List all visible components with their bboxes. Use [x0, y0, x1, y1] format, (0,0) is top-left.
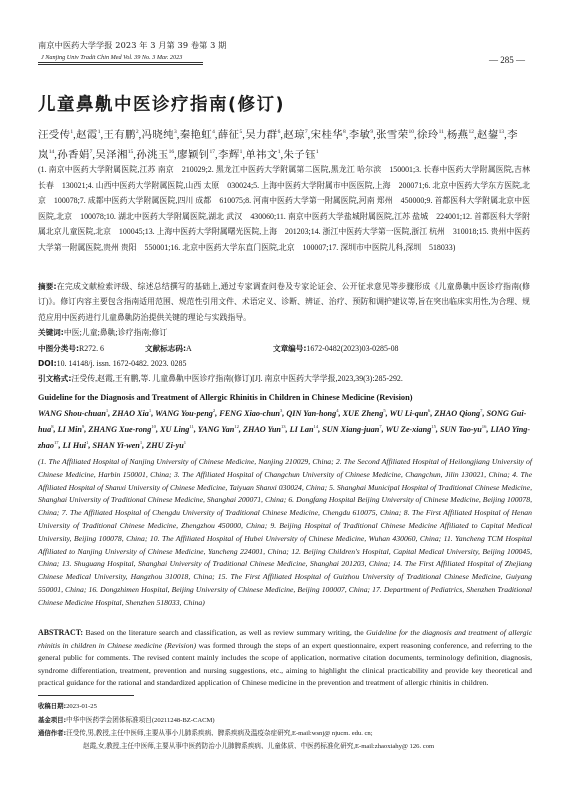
doi: DOI:10. 14148/j. issn. 1672-0482. 2023. … [38, 356, 530, 371]
affiliation-index: 10 [409, 129, 415, 135]
corresponding-text-2: 赵霞,女,教授,主任中医师,主要从事中医药防治小儿肺脾系疾病、儿童体质、中医药标… [83, 743, 434, 750]
author: QIN Yan-hong4 [286, 409, 338, 418]
received-label: 收稿日期: [38, 702, 66, 710]
abstract-en: ABSTRACT: Based on the literature search… [38, 627, 532, 690]
author: XUE Zheng5 [343, 409, 386, 418]
affiliation-index: 2 [136, 129, 139, 135]
affiliation-index: 6 [428, 408, 430, 413]
author: 张雪荣10 [376, 130, 414, 141]
journal-name-en: J Nanjing Univ Tradit Chin Med Vol. 39 N… [38, 54, 226, 61]
affiliation-index: 3 [174, 129, 177, 135]
running-header: 南京中医药大学学报 2023 年 3 月第 39 卷第 3 期 J Nanjin… [38, 40, 226, 65]
author: 朱子钰1 [284, 150, 319, 161]
article-number-label: 文章编号: [273, 344, 306, 353]
fund-value: 中华中医药学会团体标准项目(20211248-BZ-CACM) [66, 717, 214, 724]
received-value: 2023-01-25 [66, 703, 97, 710]
author: LI Min9 [58, 425, 85, 434]
affiliation-index: 1 [240, 149, 243, 155]
abstract-en-label: ABSTRACT: [38, 628, 83, 637]
affiliation-index: 4 [212, 129, 215, 135]
citation-text: 汪受传,赵霞,王有鹏,等. 儿童鼻鼽中医诊疗指南(修订)[J]. 南京中医药大学… [71, 374, 402, 383]
affiliation-index: 1 [98, 129, 101, 135]
footnotes: 收稿日期:2023-01-25 基金项目:中华中医药学会团体标准项目(20211… [38, 700, 532, 753]
affiliation-index: 12 [234, 424, 239, 429]
affiliation-index: 11 [439, 129, 444, 135]
header-rule [38, 62, 203, 65]
affiliation-index: 15 [128, 149, 134, 155]
author: XU Ling11 [160, 425, 194, 434]
author-list-en: WANG Shou-chuan1, ZHAO Xia1, WANG You-pe… [38, 405, 532, 452]
author: 宋桂华8 [311, 130, 346, 141]
affiliation-index: 17 [210, 149, 216, 155]
keywords-label: 关键词: [38, 328, 64, 337]
journal-name-cn: 南京中医药大学学报 2023 年 3 月第 39 卷第 3 期 [38, 40, 226, 51]
abstract-label: 摘要: [38, 282, 57, 291]
article-title: 儿童鼻鼽中医诊疗指南(修订) [38, 91, 285, 116]
fund-label: 基金项目: [38, 716, 66, 724]
affiliation-index: 12 [468, 129, 474, 135]
author: SUN Xiang-juan7 [322, 425, 381, 434]
author: LI Hui1 [63, 441, 89, 450]
affiliation-index: 8 [51, 424, 53, 429]
affiliation-index: 17 [54, 440, 59, 445]
author: 赵鋆13 [477, 130, 504, 141]
affiliation-index: 9 [370, 129, 373, 135]
abstract-block-cn: 摘要:在完成文献检索评级、综述总结撰写的基础上,通过专家调查问卷及专家论证会、公… [38, 279, 530, 387]
affiliation-index: 7 [480, 408, 482, 413]
doi-label: DOI: [38, 359, 57, 368]
affiliation-index: 8 [343, 129, 346, 135]
corresponding-label: 通信作者: [38, 729, 66, 737]
affiliation-index: 6 [278, 129, 281, 135]
doc-code-label: 文献标志码: [145, 344, 186, 353]
author: WU Li-qun6 [390, 409, 431, 418]
affiliation-index: 13 [281, 424, 286, 429]
affiliation-index: 10 [151, 424, 156, 429]
clc-value: R272. 6 [79, 344, 104, 353]
affiliations-cn: (1. 南京中医药大学附属医院,江苏 南京 210029;2. 黑龙江中医药大学… [38, 162, 530, 256]
author: ZHAO Qiong7 [434, 409, 482, 418]
affiliation-index: 1 [316, 149, 319, 155]
affiliation-index: 2 [213, 408, 215, 413]
author: WANG Shou-chuan1 [38, 409, 108, 418]
author: 冯晓纯3 [142, 130, 177, 141]
author: ZHAO Yun13 [243, 425, 286, 434]
affiliation-index: 13 [499, 129, 505, 135]
author: LI Lan14 [290, 425, 318, 434]
author: YANG Yan12 [198, 425, 239, 434]
doc-code-value: A [186, 344, 192, 353]
affiliation-index: 5 [239, 129, 242, 135]
journal-page: 南京中医药大学学报 2023 年 3 月第 39 卷第 3 期 J Nanjin… [0, 0, 564, 794]
corresponding-author-2: 赵霞,女,教授,主任中医师,主要从事中医药防治小儿肺脾系疾病、儿童体质、中医药标… [38, 741, 532, 754]
affiliation-index: 1 [184, 440, 186, 445]
citation-label: 引文格式: [38, 374, 71, 383]
affiliation-index: 7 [90, 149, 93, 155]
author: 徐玲11 [417, 130, 444, 141]
affiliation-index: 1 [149, 408, 151, 413]
author: 薛征5 [218, 130, 242, 141]
author: SHAN Yi-wen1 [92, 441, 142, 450]
author: 孙香娟7 [57, 150, 92, 161]
affiliation-index: 1 [70, 129, 73, 135]
abstract-cn: 摘要:在完成文献检索评级、综述总结撰写的基础上,通过专家调查问卷及专家论证会、公… [38, 279, 530, 325]
author: 李辉1 [218, 150, 242, 161]
author: 李敏9 [349, 130, 373, 141]
keywords-text: 中医;儿童;鼻鼽;诊疗指南;修订 [64, 328, 167, 337]
author: 王有鹏2 [103, 130, 138, 141]
author: ZHAO Xia1 [112, 409, 151, 418]
abstract-en-text-1: Based on the literature search and class… [83, 628, 366, 637]
author: 秦艳虹4 [180, 130, 215, 141]
affiliation-index: 14 [314, 424, 319, 429]
footnote-rule [38, 695, 134, 696]
article-number-value: 1672-0482(2023)03-0285-08 [306, 344, 398, 353]
doi-link[interactable]: 10. 14148/j. issn. 1672-0482. 2023. 0285 [57, 359, 187, 368]
affiliation-index: 16 [482, 424, 487, 429]
affiliation-index: 4 [336, 408, 338, 413]
keywords: 关键词:中医;儿童;鼻鼽;诊疗指南;修订 [38, 325, 530, 340]
author: ZHANG Xue-rong10 [88, 425, 156, 434]
author: FENG Xiao-chun3 [219, 409, 282, 418]
affiliation-index: 3 [280, 408, 282, 413]
affiliation-index: 15 [431, 424, 436, 429]
article-title-en: Guideline for the Diagnosis and Treatmen… [38, 393, 412, 402]
author: ZHU Zi-yu1 [146, 441, 186, 450]
affiliation-index: 7 [305, 129, 308, 135]
author: 吴泽湘15 [95, 150, 133, 161]
affiliation-index: 5 [383, 408, 385, 413]
affiliation-index: 1 [278, 149, 281, 155]
author: WU Ze-xiang15 [386, 425, 436, 434]
affiliation-index: 14 [49, 149, 55, 155]
author: 单祎文1 [245, 150, 280, 161]
corresponding-author-1: 通信作者:汪受传,男,教授,主任中医师,主要从事小儿肺系疾病、脾系疾病及温疫杂症… [38, 727, 532, 741]
affiliation-index: 7 [379, 424, 381, 429]
author: WANG You-peng2 [155, 409, 215, 418]
received-date: 收稿日期:2023-01-25 [38, 700, 532, 714]
affiliation-index: 11 [189, 424, 193, 429]
author: 吴力群6 [245, 130, 280, 141]
affiliation-index: 1 [86, 440, 88, 445]
classification-row: 中图分类号:R272. 6 文献标志码:A 文章编号:1672-0482(202… [38, 341, 530, 356]
affiliation-index: 9 [82, 424, 84, 429]
author-list-cn: 汪受传1,赵霞1,王有鹏2,冯晓纯3,秦艳虹4,薛征5,吴力群6,赵琼7,宋桂华… [38, 124, 528, 164]
affiliation-index: 16 [169, 149, 175, 155]
affiliations-en: (1. The Affiliated Hospital of Nanjing U… [38, 456, 532, 610]
affiliation-index: 1 [106, 408, 108, 413]
author: 赵琼7 [283, 130, 307, 141]
abstract-text: 在完成文献检索评级、综述总结撰写的基础上,通过专家调查问卷及专家论证会、公开征求… [38, 282, 530, 322]
author: 杨燕12 [447, 130, 474, 141]
author: SUN Tao-yu16 [440, 425, 486, 434]
affiliation-index: 1 [140, 440, 142, 445]
author: 孙洮玉16 [136, 150, 174, 161]
author: 汪受传1 [38, 130, 73, 141]
author: 赵霞1 [76, 130, 100, 141]
author: 廖颖钊17 [177, 150, 215, 161]
page-number: — 285 — [489, 55, 525, 65]
clc-label: 中图分类号: [38, 344, 79, 353]
fund-project: 基金项目:中华中医药学会团体标准项目(20211248-BZ-CACM) [38, 714, 532, 728]
citation: 引文格式:汪受传,赵霞,王有鹏,等. 儿童鼻鼽中医诊疗指南(修订)[J]. 南京… [38, 371, 530, 386]
corresponding-text-1: 汪受传,男,教授,主任中医师,主要从事小儿肺系疾病、脾系疾病及温疫杂症研究,E-… [66, 730, 372, 737]
